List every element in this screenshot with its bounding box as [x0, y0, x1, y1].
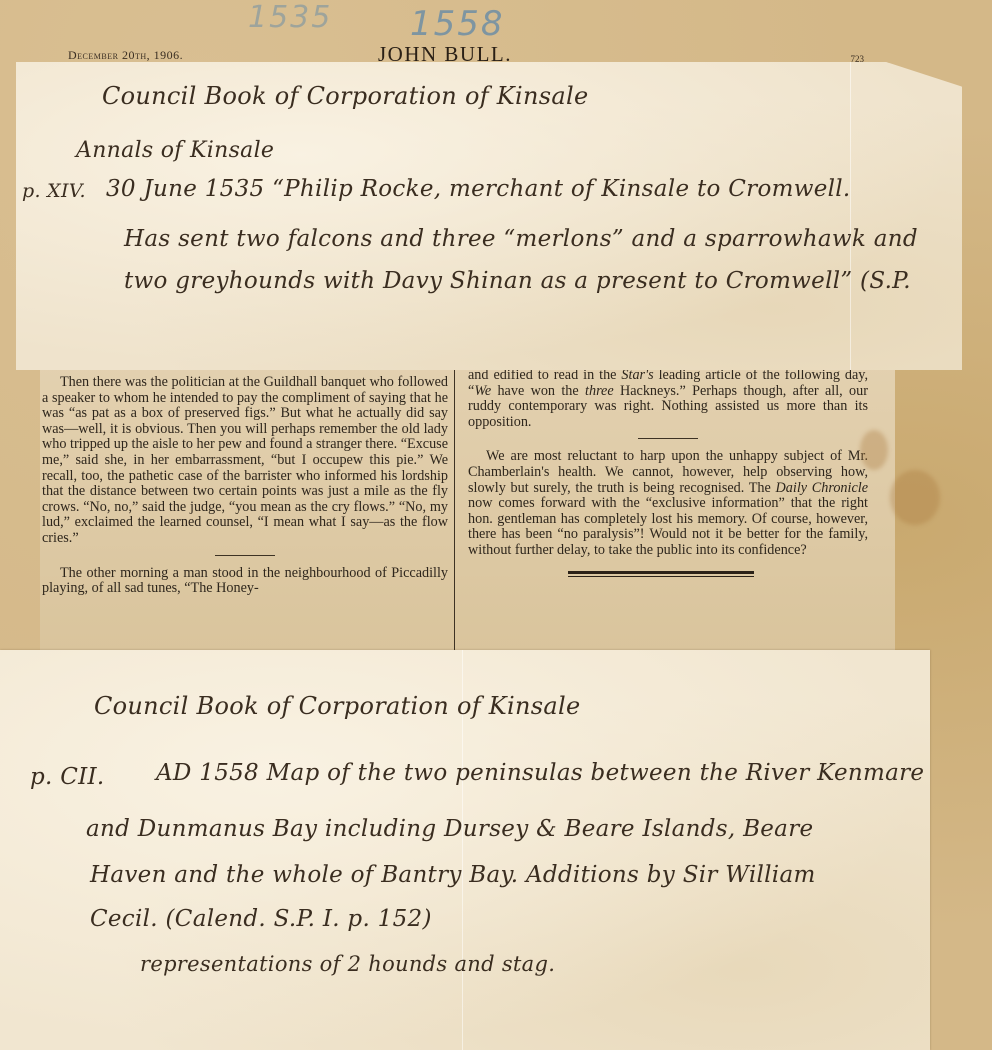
slip-subheading: Annals of Kinsale [76, 138, 274, 163]
pencil-note-1535: 1535 [248, 0, 332, 35]
newspaper-left-column: Then there was the politician at the Gui… [42, 372, 448, 605]
section-rule [215, 555, 275, 556]
page-reference: p. XIV. [22, 180, 86, 202]
slip-line: 30 June 1535 “Philip Rocke, merchant of … [106, 176, 851, 202]
slip-line: AD 1558 Map of the two peninsulas betwee… [156, 760, 924, 786]
slip-heading: Council Book of Corporation of Kinsale [94, 692, 580, 720]
article-paragraph: and edified to read in the Star's leadin… [468, 368, 868, 430]
pencil-note-1558: 1558 [410, 4, 505, 44]
stain [860, 430, 888, 470]
double-rule [568, 571, 754, 577]
handwritten-slip-bottom: Council Book of Corporation of Kinsale p… [0, 650, 930, 1050]
section-rule [638, 438, 698, 439]
crease [850, 62, 851, 370]
handwritten-slip-top: Council Book of Corporation of Kinsale A… [16, 62, 962, 370]
stain [890, 470, 940, 525]
article-paragraph: We are most reluctant to harp upon the u… [468, 449, 868, 558]
slip-line: two greyhounds with Davy Shinan as a pre… [124, 268, 911, 294]
column-divider [454, 366, 455, 656]
slip-line: and Dunmanus Bay including Dursey & Bear… [86, 816, 813, 842]
masthead-date: December 20th, 1906. [68, 48, 183, 63]
article-paragraph: Then there was the politician at the Gui… [42, 375, 448, 547]
slip-line: Cecil. (Calend. S.P. I. p. 152) [90, 906, 432, 932]
slip-heading: Council Book of Corporation of Kinsale [102, 82, 588, 110]
slip-line: Haven and the whole of Bantry Bay. Addit… [90, 862, 816, 888]
article-paragraph: The other morning a man stood in the nei… [42, 566, 448, 597]
newspaper-clipping: Then there was the politician at the Gui… [40, 350, 895, 655]
newspaper-right-column: had gone against the late Government, we… [468, 356, 868, 577]
slip-line: representations of 2 hounds and stag. [140, 952, 555, 976]
slip-line: Has sent two falcons and three “merlons”… [124, 226, 918, 252]
page-reference: p. CII. [30, 764, 105, 790]
